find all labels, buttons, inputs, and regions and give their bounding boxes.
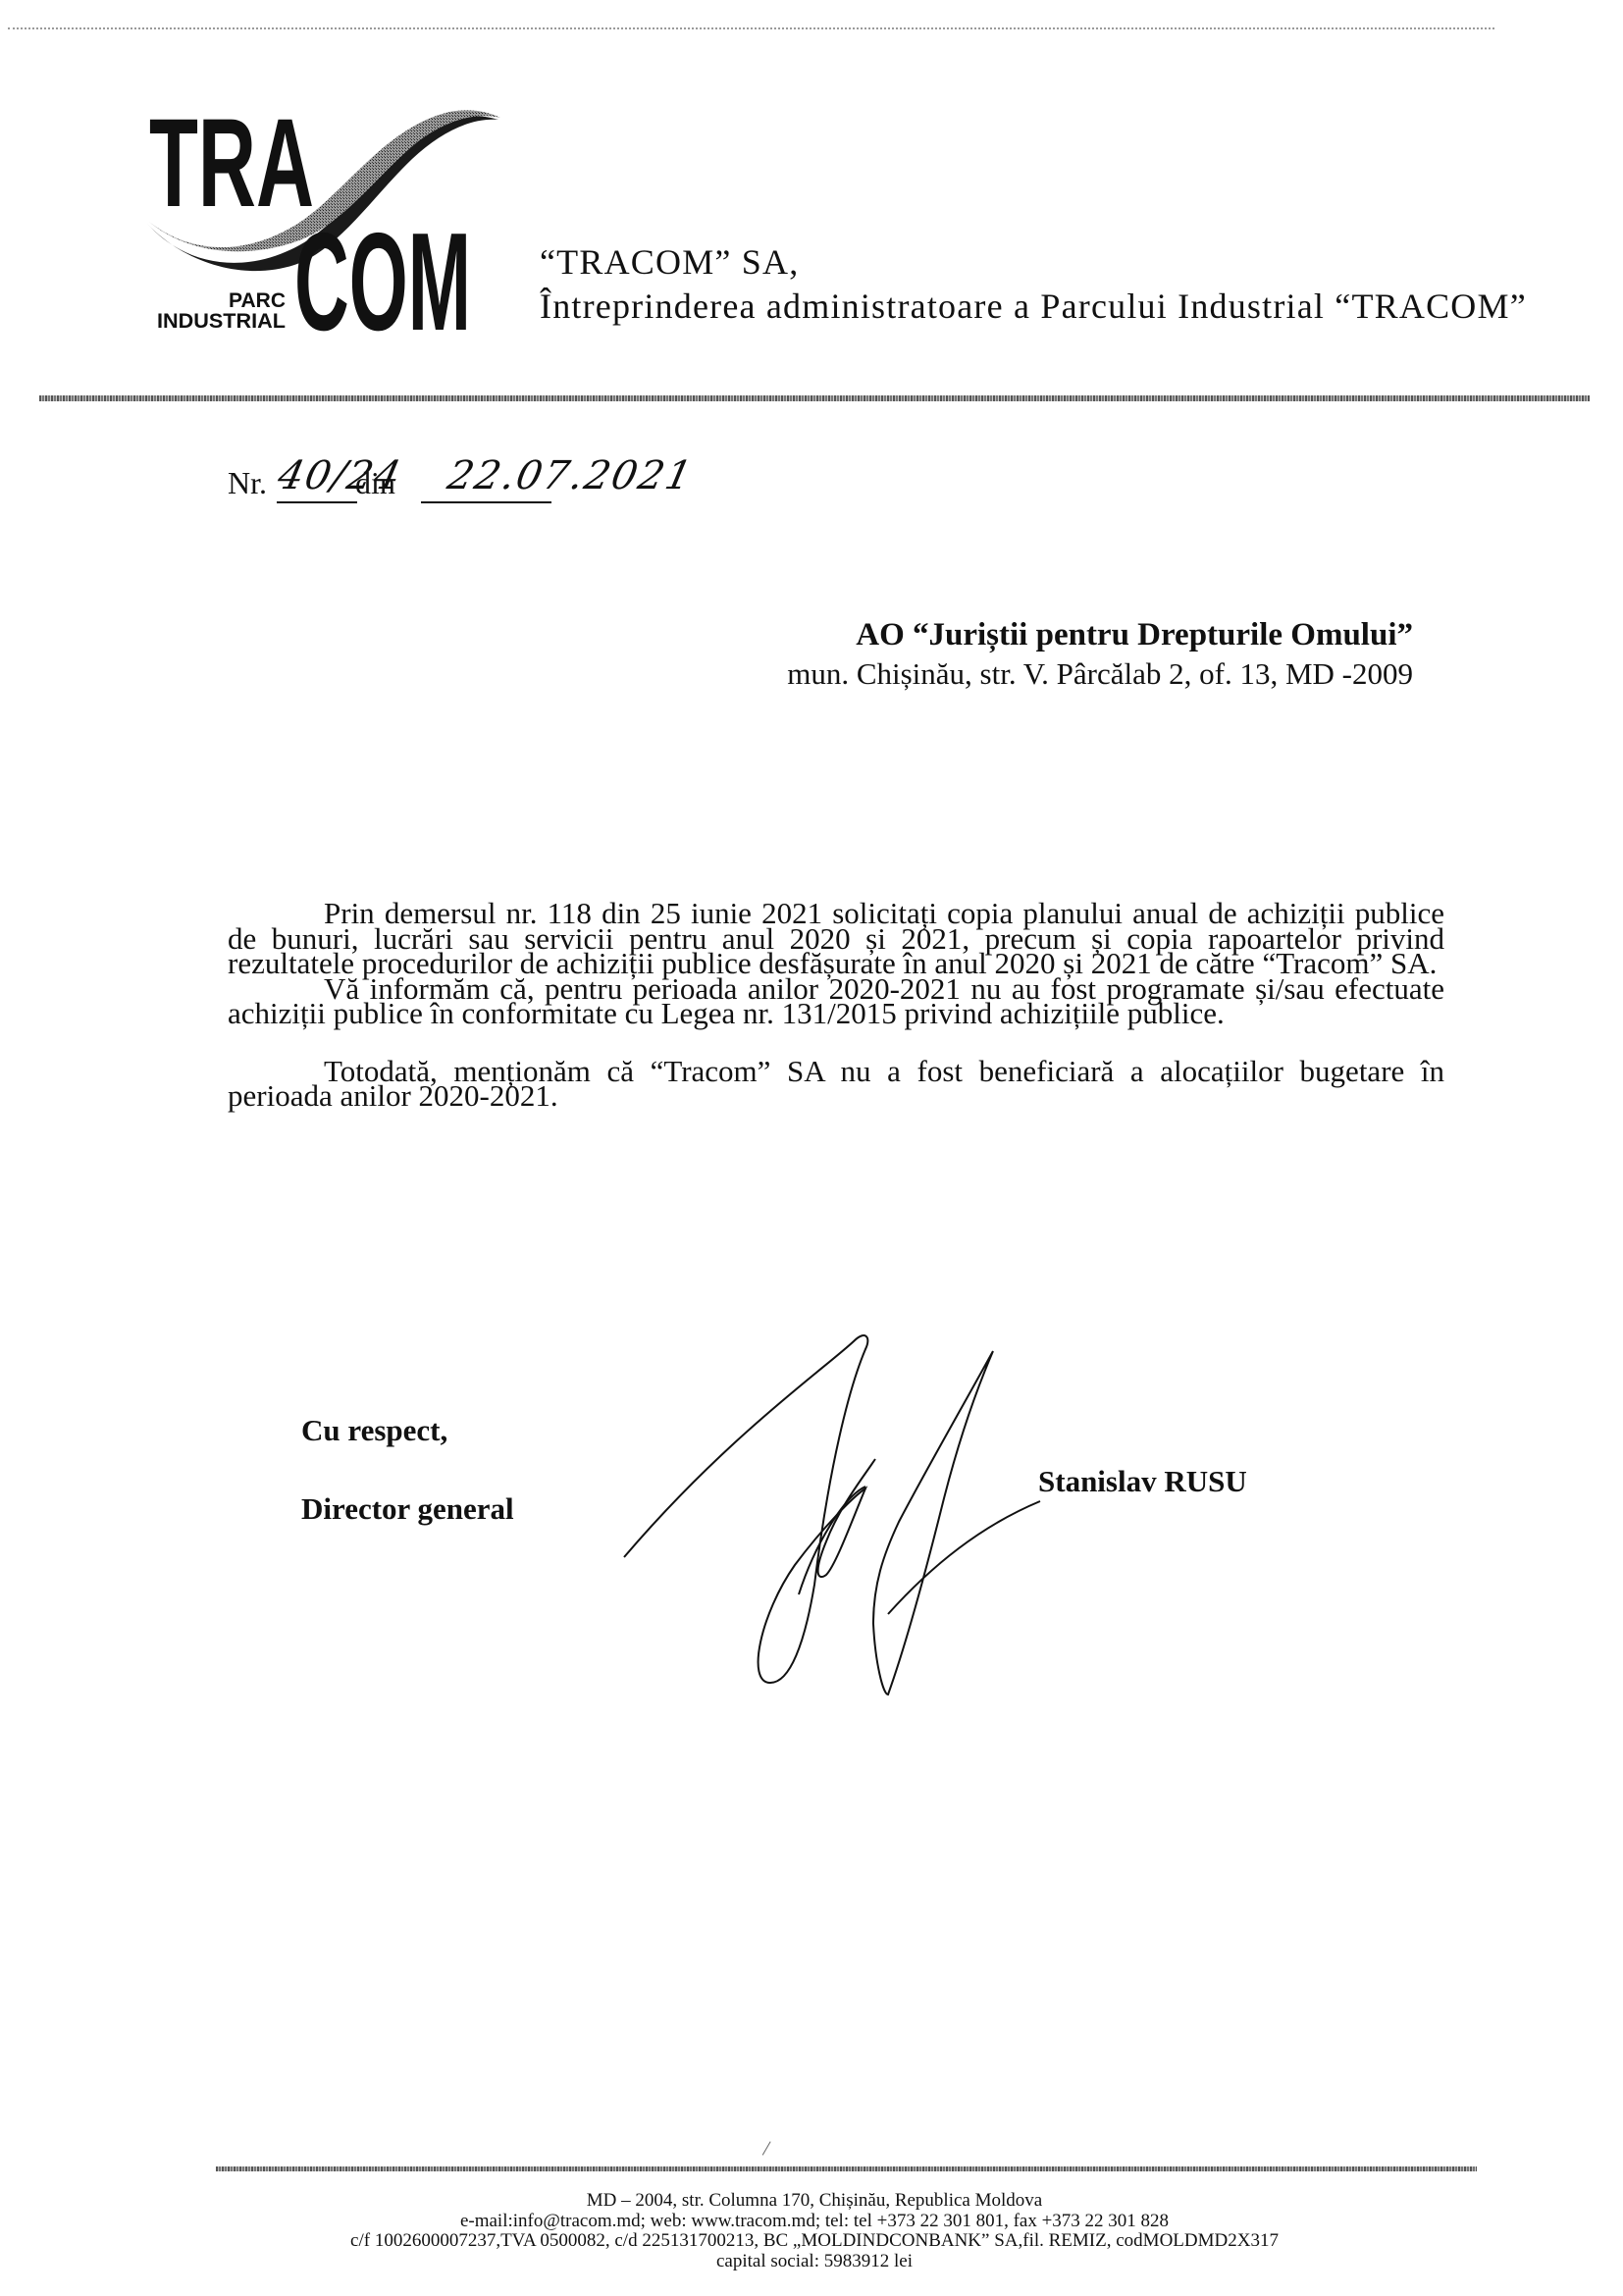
company-description: Întreprinderea administratoare a Parculu… [540,285,1527,329]
footer-contacts: MD – 2004, str. Columna 170, Chișinău, R… [196,2191,1433,2271]
scan-artifact-dotted-line [8,27,1494,29]
scan-artifact-mark [762,2141,780,2160]
header-divider [39,395,1590,401]
footer-bank-details: c/f 1002600007237,TVA 0500082, c/d 22513… [196,2231,1433,2252]
signer-title: Director general [301,1470,514,1548]
signer-name: Stanislav RUSU [1038,1464,1247,1499]
recipient-name: AO “Juriștii pentru Drepturile Omului” [787,615,1413,654]
salutation: Cu respect, [301,1391,514,1470]
body-paragraph: Totodată, menționăm că “Tracom” SA nu a … [228,1059,1444,1109]
tracom-swoosh-logo-icon: TRA COM PARC INDUSTRIAL [137,98,510,343]
company-name: “TRACOM” SA, [540,240,1527,285]
body-paragraph: Vă informăm că, pentru perioada anilor 2… [228,976,1444,1026]
footer-divider [216,2166,1477,2171]
company-header: “TRACOM” SA, Întreprinderea administrato… [540,240,1527,329]
tracom-logo: TRA COM PARC INDUSTRIAL [137,98,510,343]
reference-date-label: din [355,465,395,501]
letter-body: Prin demersul nr. 118 din 25 iunie 2021 … [228,901,1444,1109]
reference-number-underline [277,501,357,503]
svg-text:INDUSTRIAL: INDUSTRIAL [157,310,286,333]
recipient-block: AO “Juriștii pentru Drepturile Omului” m… [787,615,1413,694]
reference-date-value: 22.07.2021 [444,453,698,498]
footer-capital: capital social: 5983912 lei [196,2252,1433,2272]
recipient-address: mun. Chișinău, str. V. Pârcălab 2, of. 1… [787,654,1413,694]
body-paragraph: Prin demersul nr. 118 din 25 iunie 2021 … [228,901,1444,976]
svg-text:TRA: TRA [149,98,314,234]
reference-date-underline [421,501,551,503]
footer-address: MD – 2004, str. Columna 170, Chișinău, R… [196,2191,1433,2212]
svg-text:COM: COM [294,204,471,343]
handwritten-signature-icon [608,1330,1295,1722]
closing-block: Cu respect, Director general [301,1391,514,1548]
reference-number-label: Nr. [228,465,267,501]
footer-contact-info: e-mail:info@tracom.md; web: www.tracom.m… [196,2212,1433,2232]
svg-text:PARC: PARC [229,289,286,312]
